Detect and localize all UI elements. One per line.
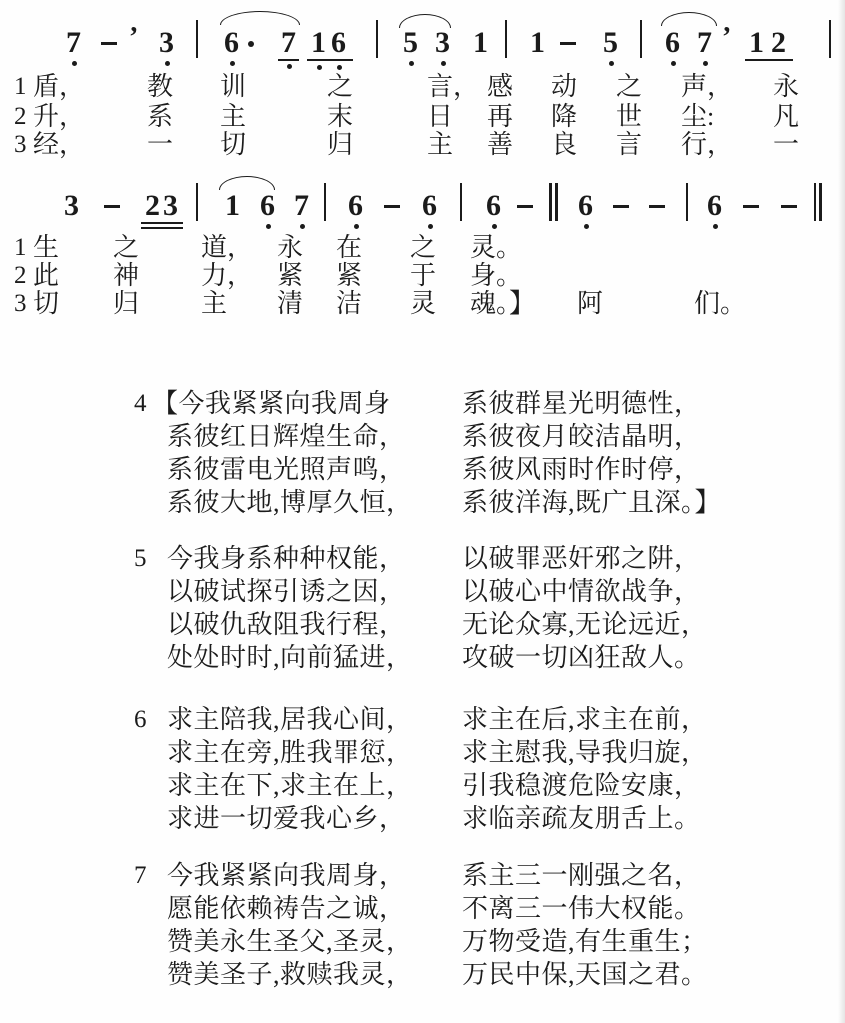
verse-line-left: 系彼雷电光照声鸣， xyxy=(167,456,406,485)
note-digit: 1 xyxy=(225,191,240,221)
double-barline xyxy=(819,183,822,221)
page-edge-shadow xyxy=(838,0,845,1023)
lyric-syllable: 灵 xyxy=(410,290,436,319)
duration-dash xyxy=(104,205,120,208)
verse-line-right: 引我稳渡危险安康， xyxy=(462,772,701,801)
octave-dot xyxy=(609,61,614,66)
lyric-syllable: 一 xyxy=(147,131,173,160)
lyric-syllable: 盾， xyxy=(33,73,85,102)
beam-underline xyxy=(141,227,183,229)
barline xyxy=(196,20,198,58)
verse-line-right: 系彼夜月皎洁晶明， xyxy=(462,423,701,452)
lyric-syllable: 力， xyxy=(201,262,253,291)
verse-line-left: 系彼大地,博厚久恒， xyxy=(167,489,413,518)
beam-underline xyxy=(278,59,299,61)
lyric-verse-number: 3 xyxy=(14,290,27,318)
verse-line-left: 以破仇敌阻我行程， xyxy=(167,611,406,640)
duration-dash xyxy=(743,205,759,208)
lyric-syllable: 紧 xyxy=(336,262,362,291)
slur-arc xyxy=(661,12,717,26)
note-digit: 3 xyxy=(159,28,174,58)
verse-number: 4 xyxy=(134,390,147,418)
verse-line-left: 求主在旁,胜我罪愆， xyxy=(167,739,413,768)
verse-line-right: 系彼群星光明德性， xyxy=(462,390,701,419)
lyric-verse-number: 1 xyxy=(14,234,27,262)
octave-dot xyxy=(317,65,322,70)
beam-underline xyxy=(141,222,183,224)
lyric-syllable: 归 xyxy=(327,131,353,160)
duration-dash xyxy=(517,205,533,208)
octave-dot xyxy=(165,61,170,66)
octave-dot xyxy=(337,65,342,70)
lyric-syllable: 归 xyxy=(113,290,139,319)
lyric-syllable: 生 xyxy=(33,234,59,263)
lyric-syllable: 感 xyxy=(487,73,513,102)
barline xyxy=(814,183,816,221)
note-digit: 6 xyxy=(422,191,437,221)
octave-dot xyxy=(492,224,497,229)
octave-dot xyxy=(428,224,433,229)
beam-underline xyxy=(307,59,353,61)
lyric-syllable: 主 xyxy=(201,290,227,319)
octave-dot xyxy=(354,224,359,229)
octave-dot xyxy=(409,61,414,66)
octave-dot xyxy=(671,61,676,66)
octave-dot xyxy=(300,224,305,229)
lyric-syllable: 主 xyxy=(427,131,453,160)
slur-arc xyxy=(219,176,275,190)
barline xyxy=(460,183,462,221)
verse-line-left: 求主在下,求主在上， xyxy=(167,772,413,801)
note-digit: 6 xyxy=(260,191,275,221)
note-digit: 6 xyxy=(331,28,346,58)
verse-line-right: 以破心中情欲战争， xyxy=(462,578,701,607)
verse-line-right: 求临亲疏友朋舌上。 xyxy=(462,805,701,834)
octave-dot xyxy=(584,224,589,229)
lyric-syllable: 之 xyxy=(410,234,436,263)
verse-line-right: 万民中保,天国之君。 xyxy=(462,961,708,990)
verse-line-right: 攻破一切凶狂敌人。 xyxy=(462,644,701,673)
note-digit: 6 xyxy=(707,191,722,221)
lyric-syllable: 凡 xyxy=(773,103,799,132)
breath-mark: ’ xyxy=(722,24,731,52)
duration-dash xyxy=(101,42,117,45)
lyric-syllable: 洁 xyxy=(336,290,362,319)
verse-line-left: 今我紧紧向我周身， xyxy=(167,862,406,891)
verse-line-right: 求主在后,求主在前， xyxy=(462,706,708,735)
note-digit: 1 xyxy=(530,28,545,58)
lyric-verse-number: 2 xyxy=(14,262,27,290)
note-digit: 6 xyxy=(224,28,239,58)
verse-line-right: 以破罪恶奸邪之阱， xyxy=(462,545,701,574)
lyric-syllable: 尘: xyxy=(681,103,714,132)
verse-line-left: 【今我紧紧向我周身 xyxy=(152,390,391,419)
lyric-verse-number: 2 xyxy=(14,103,27,131)
verse-line-left: 赞美永生圣父,圣灵， xyxy=(167,928,413,957)
verse-line-left: 求进一切爱我心乡， xyxy=(167,805,406,834)
note-digit: 5 xyxy=(603,28,618,58)
barline xyxy=(686,183,688,221)
slur-arc xyxy=(220,11,300,25)
lyric-syllable: 清 xyxy=(277,290,303,319)
lyric-syllable: 行， xyxy=(681,131,733,160)
lyric-syllable: 在 xyxy=(336,234,362,263)
lyric-syllable: 言 xyxy=(616,131,642,160)
lyric-syllable: 身。 xyxy=(470,262,522,291)
verse-line-right: 系主三一刚强之名， xyxy=(462,862,701,891)
note-digit: 5 xyxy=(403,28,418,58)
double-barline xyxy=(555,183,558,221)
verse-line-left: 愿能依赖祷告之诚， xyxy=(167,895,406,924)
verse-line-left: 赞美圣子,救赎我灵， xyxy=(167,961,413,990)
octave-dot xyxy=(441,61,446,66)
lyric-verse-number: 3 xyxy=(14,131,27,159)
octave-dot xyxy=(72,61,77,66)
lyric-syllable: 魂。】 xyxy=(470,290,535,319)
lyric-syllable: 神 xyxy=(113,262,139,291)
note-digit: 6 xyxy=(665,28,680,58)
lyric-syllable: 声， xyxy=(681,73,733,102)
verse-line-left: 今我身系种种权能， xyxy=(167,545,406,574)
lyric-verse-number: 1 xyxy=(14,73,27,101)
barline xyxy=(196,183,198,221)
note-digit: 7 xyxy=(66,28,81,58)
octave-dot xyxy=(266,224,271,229)
lyric-syllable: 训 xyxy=(220,73,246,102)
verse-number: 6 xyxy=(134,706,147,734)
verse-number: 7 xyxy=(134,862,147,890)
lyric-syllable: 切 xyxy=(220,131,246,160)
barline xyxy=(505,20,507,58)
note-digit: 6 xyxy=(578,191,593,221)
duration-dash xyxy=(560,42,576,45)
verse-number: 5 xyxy=(134,545,147,573)
lyric-syllable: 切 xyxy=(33,290,59,319)
verse-line-left: 以破试探引诱之因， xyxy=(167,578,406,607)
octave-dot xyxy=(713,224,718,229)
lyric-syllable: 世 xyxy=(616,103,642,132)
lyric-syllable: 末 xyxy=(327,103,353,132)
verse-line-right: 系彼洋海,既广且深。】 xyxy=(462,489,721,518)
note-digit: 7 xyxy=(294,191,309,221)
note-digit: 3 xyxy=(64,191,79,221)
lyric-syllable: 灵。 xyxy=(470,234,522,263)
lyric-syllable: 教 xyxy=(147,73,173,102)
lyric-syllable: 一 xyxy=(773,131,799,160)
verse-line-right: 系彼风雨时作时停， xyxy=(462,456,701,485)
augmentation-dot xyxy=(248,41,254,47)
note-digit: 7 xyxy=(281,28,296,58)
lyric-syllable: 永 xyxy=(773,73,799,102)
breath-mark: ’ xyxy=(129,24,138,52)
verse-line-left: 系彼红日辉煌生命， xyxy=(167,423,406,452)
verse-line-left: 求主陪我,居我心间， xyxy=(167,706,413,735)
octave-dot xyxy=(287,64,292,69)
lyric-syllable: 降 xyxy=(551,103,577,132)
lyric-syllable: 言， xyxy=(427,73,479,102)
note-digit: 7 xyxy=(697,28,712,58)
note-digit: 1 xyxy=(473,28,488,58)
duration-dash xyxy=(613,205,629,208)
lyric-syllable: 主 xyxy=(220,103,246,132)
verse-line-right: 求主慰我,导我归旋， xyxy=(462,739,708,768)
note-digit: 2 xyxy=(145,191,160,221)
verse-line-right: 无论众寡,无论远近， xyxy=(462,611,708,640)
note-digit: 3 xyxy=(435,28,450,58)
lyric-syllable: 经， xyxy=(33,131,85,160)
lyric-syllable: 于 xyxy=(410,262,436,291)
note-digit: 1 xyxy=(749,28,764,58)
lyric-syllable: 动 xyxy=(551,73,577,102)
lyric-syllable: 永 xyxy=(277,234,303,263)
lyric-syllable: 善 xyxy=(487,131,513,160)
lyric-syllable: 此 xyxy=(33,262,59,291)
lyric-syllable: 日 xyxy=(427,103,453,132)
barline xyxy=(376,20,378,58)
note-digit: 2 xyxy=(771,28,786,58)
hymn-score-page: 736716531156712’’323167666661盾，教训之言，感动之声… xyxy=(0,0,845,1023)
duration-dash xyxy=(781,205,797,208)
octave-dot xyxy=(230,61,235,66)
lyric-syllable: 再 xyxy=(487,103,513,132)
barline xyxy=(640,20,642,58)
barline xyxy=(324,183,326,221)
slur-arc xyxy=(399,14,451,28)
verse-line-left: 处处时时,向前猛进， xyxy=(167,644,413,673)
lyric-syllable: 道， xyxy=(201,234,253,263)
double-barline xyxy=(549,183,552,221)
lyric-syllable: 系 xyxy=(147,103,173,132)
lyric-syllable: 们。 xyxy=(694,290,746,319)
octave-dot xyxy=(703,61,708,66)
lyric-syllable: 良 xyxy=(551,131,577,160)
note-digit: 6 xyxy=(348,191,363,221)
lyric-syllable: 升， xyxy=(33,103,85,132)
note-digit: 1 xyxy=(311,28,326,58)
lyric-syllable: 之 xyxy=(113,234,139,263)
verse-line-right: 万物受造,有生重生； xyxy=(462,928,708,957)
duration-dash xyxy=(649,205,665,208)
barline xyxy=(829,20,831,58)
verse-line-right: 不离三一伟大权能。 xyxy=(462,895,701,924)
lyric-syllable: 紧 xyxy=(277,262,303,291)
note-digit: 3 xyxy=(163,191,178,221)
lyric-syllable: 之 xyxy=(327,73,353,102)
lyric-syllable: 阿 xyxy=(577,290,603,319)
duration-dash xyxy=(384,205,400,208)
lyric-syllable: 之 xyxy=(616,73,642,102)
note-digit: 6 xyxy=(486,191,501,221)
beam-underline xyxy=(745,59,793,61)
